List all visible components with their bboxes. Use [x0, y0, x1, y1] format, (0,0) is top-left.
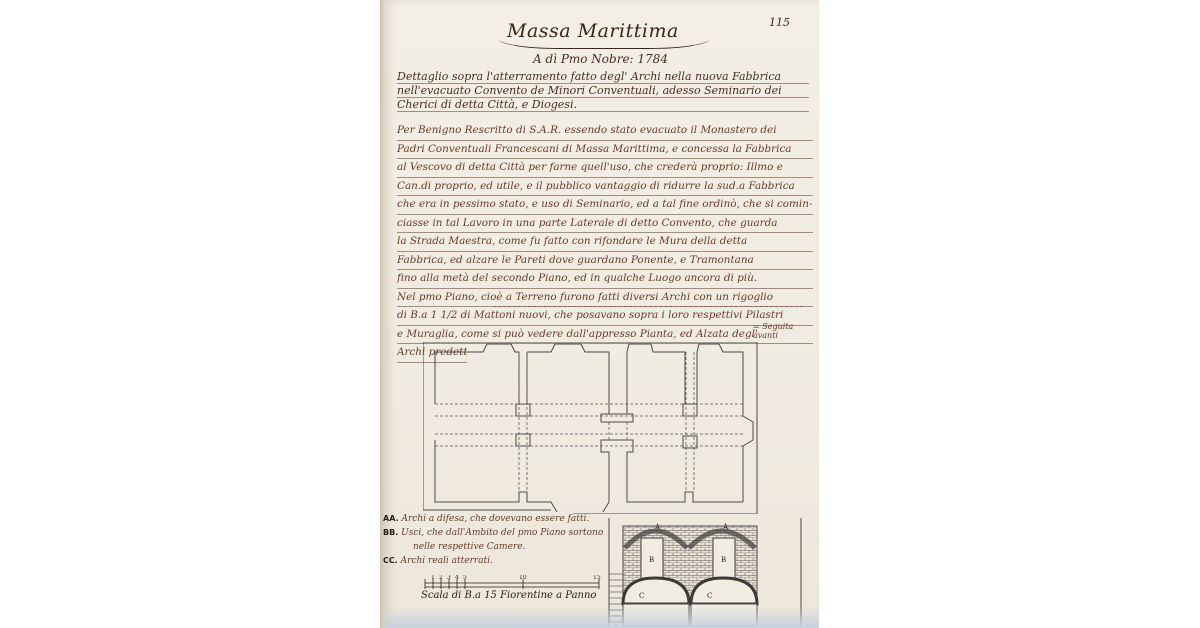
legend-item: nelle respettive Camere.: [383, 540, 603, 554]
legend-item: BB. Usci, che dall'Ambito del pmo Piano …: [383, 526, 603, 540]
scale-tick-label: 5: [463, 575, 467, 581]
date-line: A dì Pmo Nobre: 1784: [533, 52, 668, 66]
page-title: Massa Marittima: [507, 20, 679, 42]
manuscript-page: Massa Marittima 115 A dì Pmo Nobre: 1784…: [383, 0, 819, 628]
heading-line: nell'evacuato Convento de Minori Convent…: [397, 84, 809, 98]
body-line: la Strada Maestra, come fu fatto con rif…: [397, 233, 813, 252]
scale-tick-label: 10: [519, 575, 527, 581]
continuation-note: = Seguita avanti: [753, 322, 819, 340]
body-line: fino alla metà del secondo Piano, ed in …: [397, 270, 813, 289]
elevation-label-c: C: [639, 592, 644, 600]
page-number: 115: [769, 16, 790, 29]
body-line: che era in pessimo stato, e uso di Semin…: [397, 196, 813, 215]
heading-line: Cherici di detta Città, e Diogesi.: [397, 98, 809, 112]
body-line: di B.a 1 1/2 di Mattoni nuovi, che posav…: [397, 307, 813, 326]
body-line: Can.di proprio, ed utile, e il pubblico …: [397, 178, 813, 197]
scale-tick-label: 4: [455, 575, 459, 581]
scale-caption: Scala di B.a 15 Fiorentine a Panno: [421, 590, 596, 601]
scale-tick-label: 2: [439, 575, 443, 581]
elevation-label-a: A: [722, 523, 729, 531]
elevation-drawing: A A B B C C: [605, 518, 805, 628]
elevation-label-c: C: [707, 592, 712, 600]
drawing-legend: AA. Archi a difesa, che dovevano essere …: [383, 512, 603, 568]
body-line: Fabbrica, ed alzare le Pareti dove guard…: [397, 252, 813, 271]
body-line: Per Benigno Rescritto di S.A.R. essendo …: [397, 122, 813, 141]
legend-item: CC. Archi reali atterrati.: [383, 554, 603, 568]
elevation-label-a: A: [654, 523, 661, 531]
body-line: Padri Conventuali Francescani di Massa M…: [397, 141, 813, 160]
legend-item: AA. Archi a difesa, che dovevano essere …: [383, 512, 603, 526]
elevation-label-b: B: [649, 556, 654, 564]
scale-tick-label: 3: [447, 575, 451, 581]
body-line: al Vescovo di detta Città per farne quel…: [397, 159, 813, 178]
scale-bar: 1 2 3 4 5 10 15: [423, 575, 603, 591]
heading-line: Dettaglio sopra l'atterramento fatto deg…: [397, 70, 809, 84]
scale-tick-label: 1: [431, 575, 435, 581]
floor-plan-drawing: [423, 342, 763, 514]
scale-tick-label: 15: [593, 575, 601, 581]
body-text: Per Benigno Rescritto di S.A.R. essendo …: [397, 122, 813, 363]
body-line: ciasse in tal Lavoro in una parte Latera…: [397, 215, 813, 234]
heading-block: Dettaglio sopra l'atterramento fatto deg…: [397, 70, 809, 112]
elevation-label-b: B: [721, 556, 726, 564]
filler-dash-line: [493, 300, 803, 307]
